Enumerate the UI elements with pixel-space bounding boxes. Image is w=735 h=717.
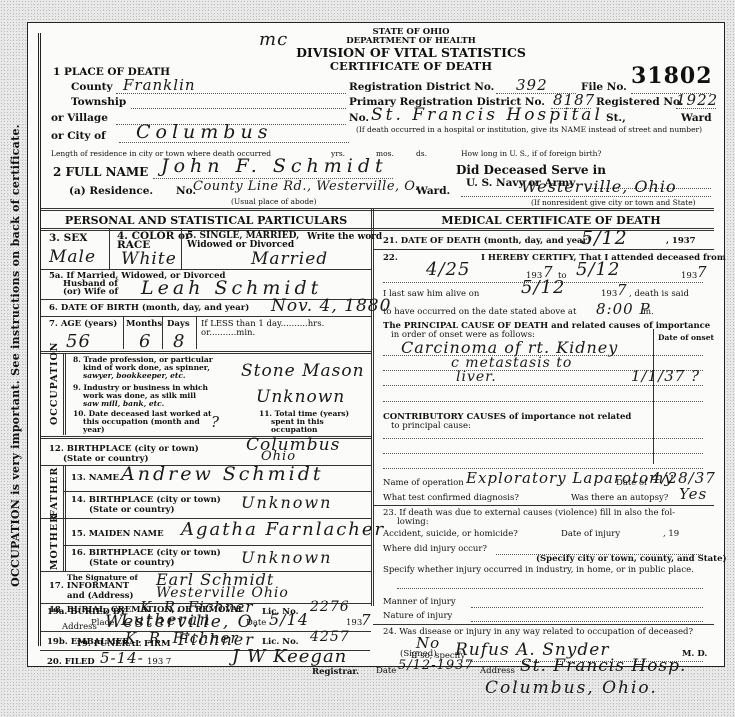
- father-birthplace-label-2: (State or country): [89, 505, 175, 515]
- industry-value: Unknown: [256, 387, 345, 407]
- certify-label-no: 22.: [383, 253, 398, 263]
- trade-label-3: sawyer, bookkeeper, etc.: [83, 371, 186, 380]
- accident-label: Accident, suicide, or homicide?: [383, 529, 518, 539]
- father-birthplace-value: Unknown: [241, 493, 332, 512]
- nonresident-value: Westerville, Ohio: [521, 177, 677, 196]
- mother-maiden-value: Agatha Farnlacher: [181, 519, 385, 540]
- date-onset-label: Date of onset: [658, 333, 714, 342]
- mother-maiden-label: 15. MAIDEN NAME: [71, 529, 164, 539]
- embalmer-label: 19b. EMBALMER: [47, 637, 129, 647]
- where-injury-note: (Specify city or town, county, and State…: [536, 554, 727, 564]
- city-value: Columbus: [136, 121, 272, 143]
- registrar-initials: mc: [259, 29, 288, 50]
- date-injury-year: , 19: [663, 529, 679, 539]
- mother-vertical-label: MOTHER: [49, 514, 60, 570]
- ward-label: Ward: [681, 112, 712, 124]
- industry-label-3: saw mill, bank, etc.: [83, 399, 164, 408]
- father-birthplace-label-1: 14. BIRTHPLACE (city or town): [71, 495, 221, 505]
- dod-value: 5/12: [581, 227, 628, 249]
- autopsy-label: Was there an autopsy?: [571, 493, 668, 503]
- last-saw-value: 5/12: [521, 277, 565, 298]
- township-label: Township: [71, 96, 126, 108]
- contributory-label-2: to principal cause:: [391, 421, 471, 431]
- autopsy-value: Yes: [679, 485, 707, 503]
- mother-birthplace-label-1: 16. BIRTHPLACE (city or town): [71, 548, 221, 558]
- residence-ward-label: Ward.: [416, 185, 450, 197]
- burial-year-value: 7: [361, 611, 372, 629]
- registration-district-label: Registration District No.: [349, 81, 494, 93]
- certificate-title: CERTIFICATE OF DEATH: [311, 59, 511, 73]
- cause-line-3: liver.: [456, 369, 497, 385]
- dob-value: Nov. 4, 1880: [271, 296, 391, 316]
- burial-year-prefix: 193: [346, 618, 362, 628]
- informant-label-3: and (Address): [67, 591, 134, 601]
- institution-value: St. Francis Hospital: [371, 105, 603, 125]
- trade-value: Stone Mason: [241, 361, 365, 381]
- full-name-label: 2 FULL NAME: [53, 165, 148, 179]
- abode-note: (Usual place of abode): [231, 197, 317, 206]
- signed-date-value: 5/12-1937: [398, 658, 474, 673]
- occupation-vertical-label: OCCUPATION: [49, 342, 60, 425]
- sex-label: 3. SEX: [49, 232, 87, 244]
- father-name-value: Andrew Schmidt: [121, 463, 324, 485]
- filed-year: 193 7: [147, 657, 171, 667]
- residence-value: County Line Rd., Westerville, O.: [193, 179, 419, 194]
- full-name-value: John F. Schmidt: [161, 155, 388, 177]
- nonresident-note: (If nonresident give city or town and St…: [531, 198, 696, 207]
- manner-label: Manner of injury: [383, 597, 456, 607]
- personal-section-title: PERSONAL AND STATISTICAL PARTICULARS: [41, 214, 371, 227]
- registrar-label: Registrar.: [312, 667, 359, 677]
- days-label: Days: [167, 319, 190, 329]
- attended-from-value: 4/25: [426, 259, 470, 280]
- served-label-1: Did Deceased Serve in: [456, 163, 606, 177]
- last-saw-label: I last saw him alive on: [383, 289, 479, 299]
- physician-address-line-2: Columbus, Ohio.: [485, 678, 658, 698]
- operation-label: Name of operation: [383, 478, 464, 488]
- age-days-value: 8: [173, 331, 185, 352]
- time-suffix: m.: [643, 307, 654, 317]
- spouse-label-3: (or) Wife of: [63, 287, 118, 297]
- street-label: St.,: [606, 112, 626, 124]
- birthplace-label-1: 12. BIRTHPLACE (city or town): [49, 444, 199, 454]
- death-said-label: , death is said: [629, 289, 689, 299]
- months-label: Months: [126, 319, 162, 329]
- age-months-value: 6: [139, 331, 151, 352]
- marital-value: Married: [251, 249, 328, 269]
- father-vertical-label: FATHER: [49, 467, 60, 517]
- age-label: 7. AGE (years): [49, 319, 117, 329]
- margin-note-text: OCCUPATION is very important. See instru…: [9, 124, 22, 587]
- sex-value: Male: [49, 247, 96, 267]
- residence-label: (a) Residence.: [69, 185, 153, 197]
- test-label: What test confirmed diagnosis?: [383, 493, 519, 503]
- marital-label-suffix: Write the word: [307, 232, 382, 242]
- occurred-label: to have occurred on the date stated abov…: [383, 307, 576, 317]
- operation-date-label: Date of: [616, 478, 647, 488]
- filed-value: 5-14-: [100, 649, 144, 667]
- embalmer-lic-value: 4257: [310, 629, 350, 645]
- total-time-label-3: occupation: [271, 425, 317, 434]
- signed-date-label: Date: [376, 666, 396, 676]
- no-label: No.: [349, 112, 369, 124]
- less-than-day-label-2: or..........min.: [201, 328, 255, 338]
- buried-by-lic-value: 2276: [310, 599, 350, 615]
- registered-no-value: 1922: [676, 91, 718, 109]
- physician-address-label: Address: [480, 666, 515, 676]
- mother-birthplace-value: Unknown: [241, 548, 332, 567]
- attended-to-year-prefix: 193: [681, 271, 697, 281]
- city-label: or City of: [51, 130, 106, 142]
- margin-note: OCCUPATION is very important. See instru…: [4, 20, 26, 690]
- attended-to-year-value: 7: [697, 263, 708, 281]
- dod-year: , 1937: [666, 236, 696, 246]
- specify-injury-label: Specify whether injury occurred in indus…: [383, 565, 694, 575]
- file-number: 31802: [631, 63, 713, 89]
- ds-label: ds.: [416, 149, 427, 158]
- county-value: Franklin: [123, 76, 196, 94]
- registrar-signature: J W Keegan: [232, 646, 347, 667]
- institution-note: (If death occurred in a hospital or inst…: [356, 125, 702, 134]
- buried-by-lic-label: Lic. No.: [262, 607, 299, 617]
- attended-to-value: 5/12: [576, 259, 620, 280]
- village-label: or Village: [51, 112, 108, 124]
- filed-label: 20. FILED: [47, 657, 95, 667]
- embalmer-value: K. R. Fichner: [125, 629, 239, 647]
- dob-label: 6. DATE OF BIRTH (month, day, and year): [49, 303, 249, 313]
- division-name: DIVISION OF VITAL STATISTICS: [291, 45, 531, 60]
- marital-label: 5. SINGLE, MARRIED, Widowed or Divorced: [187, 232, 307, 250]
- registration-district-value: 392: [516, 76, 548, 94]
- informant-label-2: 17. INFORMANT: [49, 581, 129, 591]
- external-label-2: lowing:: [397, 517, 429, 527]
- birthplace-state-value: Ohio: [261, 449, 296, 464]
- age-years-value: 56: [66, 331, 91, 352]
- death-certificate: mc STATE OF OHIO DEPARTMENT OF HEALTH DI…: [27, 22, 725, 667]
- last-saw-year-value: 7: [617, 281, 628, 299]
- medical-section-title: MEDICAL CERTIFICATE OF DEATH: [386, 214, 716, 227]
- last-worked-label-3: year): [83, 425, 105, 434]
- county-label: County: [71, 81, 113, 93]
- physician-address-line-1: St. Francis Hosp.: [520, 656, 686, 676]
- father-name-label: 13. NAME: [71, 473, 119, 483]
- certificate-body: mc STATE OF OHIO DEPARTMENT OF HEALTH DI…: [38, 33, 714, 646]
- nature-label: Nature of injury: [383, 611, 452, 621]
- color-label: 4. COLOR or RACE: [117, 232, 197, 250]
- dod-label: 21. DATE OF DEATH (month, day, and year): [383, 236, 591, 246]
- onset-date-value: 1/1/37 ?: [631, 367, 700, 385]
- registered-no-label: Registered No.: [596, 96, 683, 108]
- color-value: White: [121, 249, 177, 269]
- buried-by-address-label: Address: [62, 622, 97, 632]
- last-saw-year-prefix: 193: [601, 289, 617, 299]
- mother-birthplace-label-2: (State or country): [89, 558, 175, 568]
- where-injury-label: Where did injury occur?: [383, 544, 487, 554]
- last-worked-value: ?: [211, 413, 220, 431]
- how-long-us-label: How long in U. S., if of foreign birth?: [461, 149, 601, 158]
- date-injury-label: Date of injury: [561, 529, 620, 539]
